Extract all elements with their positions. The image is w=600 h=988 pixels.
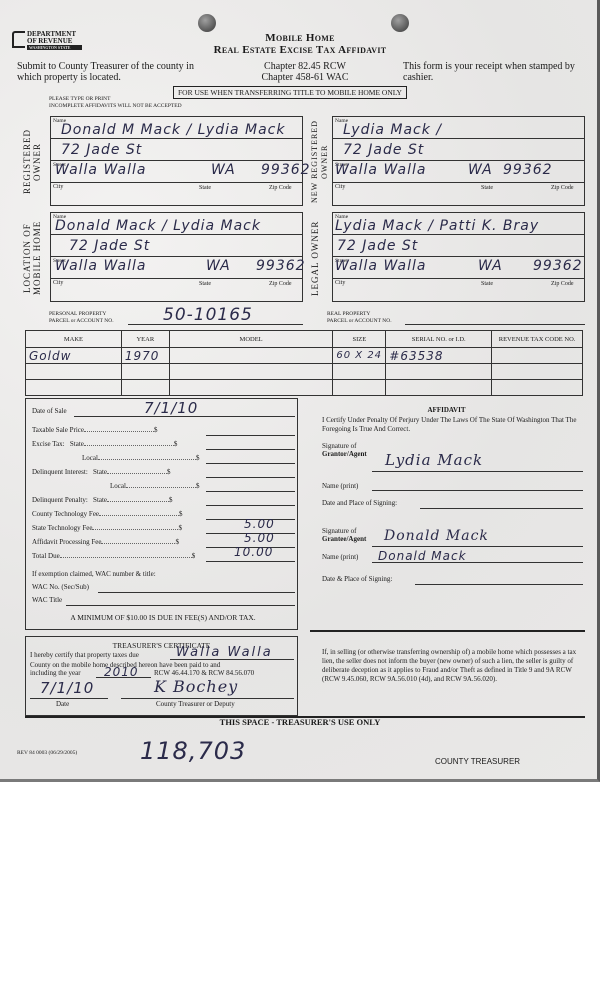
name-field[interactable]: NameDonald Mack / Lydia Mack bbox=[51, 213, 302, 235]
grantor-name-field[interactable] bbox=[372, 490, 583, 491]
total-due-value: 10.00 bbox=[234, 545, 273, 559]
street-city-field[interactable]: StreetWalla WallaWA99362 bbox=[51, 257, 302, 279]
affidavit-fee-value: 5.00 bbox=[244, 531, 275, 545]
grantor-name-label: Name (print) bbox=[322, 482, 358, 490]
affidavit-form-page: DEPARTMENT OF REVENUE WASHINGTON STATE M… bbox=[0, 0, 600, 782]
cell-make[interactable]: Goldw bbox=[26, 348, 122, 364]
cell-size[interactable] bbox=[333, 380, 386, 396]
chapter-refs: Chapter 82.45 RCW Chapter 458-61 WAC bbox=[250, 61, 360, 83]
instructions: PLEASE TYPE OR PRINT INCOMPLETE AFFIDAVI… bbox=[49, 96, 182, 110]
table-header-row: MAKE YEAR MODEL SIZE SERIAL NO. or I.D. … bbox=[26, 331, 583, 348]
total-due-field[interactable] bbox=[206, 561, 295, 562]
for-use-banner: FOR USE WHEN TRANSFERRING TITLE TO MOBIL… bbox=[173, 86, 407, 99]
punch-hole bbox=[391, 14, 409, 32]
col-size: SIZE bbox=[333, 331, 386, 348]
cell-year[interactable] bbox=[121, 380, 169, 396]
city-state-zip-labels: CityStateZip Code bbox=[333, 183, 584, 205]
divider bbox=[310, 630, 585, 632]
city-state-zip-labels: CityStateZip Code bbox=[51, 183, 302, 205]
location-box: NameDonald Mack / Lydia Mack 72 Jade St … bbox=[50, 212, 303, 302]
fee-row-excise-state: Excise Tax: State$ bbox=[32, 440, 294, 448]
cell-model[interactable] bbox=[169, 348, 333, 364]
grantor-signature-field[interactable] bbox=[372, 471, 583, 472]
grantee-name-label: Name (print) bbox=[322, 553, 358, 561]
treasurer-signature: K Bochey bbox=[154, 677, 238, 696]
new-registered-owner-box: NameLydia Mack / 72 Jade St StreetWalla … bbox=[332, 116, 585, 206]
grantor-date-field[interactable] bbox=[420, 508, 583, 509]
date-of-sale-value: 7/1/10 bbox=[144, 399, 198, 417]
table-row bbox=[26, 364, 583, 380]
grantee-name: Donald Mack bbox=[378, 549, 467, 563]
cell-year[interactable] bbox=[121, 364, 169, 380]
date-field[interactable] bbox=[30, 698, 108, 699]
real-parcel-field[interactable] bbox=[405, 324, 585, 325]
form-revision: REV 84 0003 (06/29/2005) bbox=[17, 750, 77, 756]
receipt-number: 118,703 bbox=[140, 737, 246, 765]
address-field[interactable]: 72 Jade St bbox=[333, 235, 584, 257]
grantee-signature-field[interactable] bbox=[372, 546, 583, 547]
grantee-date-field[interactable] bbox=[415, 584, 583, 585]
cell-model[interactable] bbox=[169, 380, 333, 396]
grantor-date-label: Date and Place of Signing: bbox=[322, 499, 397, 507]
col-year: YEAR bbox=[121, 331, 169, 348]
tax-lien-warning: If, in selling (or otherwise transferrin… bbox=[322, 648, 582, 684]
treasurer-signature-field[interactable] bbox=[121, 698, 294, 699]
state-tech-fee-value: 5.00 bbox=[244, 517, 275, 531]
excise-state-field[interactable] bbox=[206, 449, 295, 450]
grantee-signature: Donald Mack bbox=[384, 528, 489, 544]
col-make: MAKE bbox=[26, 331, 122, 348]
affidavit-title: AFFIDAVIT bbox=[310, 406, 583, 414]
address-field[interactable]: 72 Jade St bbox=[51, 235, 302, 257]
form-title-line2: Real Estate Excise Tax Affidavit bbox=[0, 44, 600, 56]
name-field[interactable]: NameLydia Mack / bbox=[333, 117, 584, 139]
affidavit-statement: I Certify Under Penalty Of Perjury Under… bbox=[322, 416, 582, 434]
grantee-signature-label: Signature of Grantee/Agent bbox=[322, 527, 366, 543]
personal-parcel-value: 50-10165 bbox=[163, 305, 253, 325]
cell-serial[interactable] bbox=[386, 380, 492, 396]
wac-no-label: WAC No. (Sec/Sub) bbox=[32, 583, 294, 591]
date-value: 7/1/10 bbox=[40, 679, 94, 697]
cell-serial[interactable]: #63538 bbox=[386, 348, 492, 364]
cell-year[interactable]: 1970 bbox=[121, 348, 169, 364]
county-value: Walla Walla bbox=[176, 645, 273, 660]
delinquent-interest-local-field[interactable] bbox=[206, 491, 295, 492]
cell-size[interactable]: 60 X 24 bbox=[333, 348, 386, 364]
col-revenue-code: REVENUE TAX CODE NO. bbox=[492, 331, 583, 348]
cell-revenue-code[interactable] bbox=[492, 380, 583, 396]
wac-title-label: WAC Title bbox=[32, 596, 294, 604]
punch-hole bbox=[198, 14, 216, 32]
fee-row-delinquent-interest-state: Delinquent Interest: State$ bbox=[32, 468, 294, 476]
section-label-new-registered-owner: NEW REGISTERED OWNER bbox=[310, 112, 334, 212]
delinquent-interest-state-field[interactable] bbox=[206, 477, 295, 478]
address-field[interactable]: 72 Jade St bbox=[51, 139, 302, 161]
cell-make[interactable] bbox=[26, 380, 122, 396]
section-label-location: LOCATION OF MOBILE HOME bbox=[22, 208, 46, 308]
treasurers-certificate: TREASURER'S CERTIFICATE I hereby certify… bbox=[25, 636, 298, 716]
cell-revenue-code[interactable] bbox=[492, 348, 583, 364]
minimum-note: A MINIMUM OF $10.00 IS DUE IN FEE(S) AND… bbox=[32, 613, 294, 622]
receipt-note: This form is your receipt when stamped b… bbox=[403, 61, 583, 83]
city-state-zip-labels: CityStateZip Code bbox=[333, 279, 584, 301]
registered-owner-box: NameDonald M Mack / Lydia Mack 72 Jade S… bbox=[50, 116, 303, 206]
delinquent-penalty-field[interactable] bbox=[206, 505, 295, 506]
col-serial: SERIAL NO. or I.D. bbox=[386, 331, 492, 348]
address-field[interactable]: 72 Jade St bbox=[333, 139, 584, 161]
legal-owner-box: NameLydia Mack / Patti K. Bray 72 Jade S… bbox=[332, 212, 585, 302]
wac-no-field[interactable] bbox=[98, 592, 295, 593]
treasurer-use-label: THIS SPACE - TREASURER'S USE ONLY bbox=[0, 717, 600, 727]
real-property-label: REAL PROPERTY PARCEL or ACCOUNT NO. bbox=[327, 311, 392, 325]
cell-model[interactable] bbox=[169, 364, 333, 380]
certificate-line1: I hereby certify that property taxes due bbox=[30, 651, 139, 659]
section-label-legal-owner: LEGAL OWNER bbox=[310, 208, 334, 308]
fees-section: Date of Sale 7/1/10 Taxable Sale Price$ … bbox=[25, 398, 298, 630]
grantee-date-label: Date & Place of Signing: bbox=[322, 575, 392, 583]
county-treasurer-stamp: COUNTY TREASURER bbox=[435, 757, 520, 766]
exemption-label: If exemption claimed, WAC number & title… bbox=[32, 570, 294, 578]
wac-title-field[interactable] bbox=[66, 605, 295, 606]
taxable-sale-price-field[interactable] bbox=[206, 435, 295, 436]
personal-property-label: PERSONAL PROPERTY PARCEL or ACCOUNT NO. bbox=[49, 311, 114, 325]
col-model: MODEL bbox=[169, 331, 333, 348]
cell-make[interactable] bbox=[26, 364, 122, 380]
name-field[interactable]: NameLydia Mack / Patti K. Bray bbox=[333, 213, 584, 235]
submit-note: Submit to County Treasurer of the county… bbox=[17, 61, 207, 83]
fee-row-delinquent-penalty: Delinquent Penalty: State$ bbox=[32, 496, 294, 504]
cell-revenue-code[interactable] bbox=[492, 364, 583, 380]
form-title-line1: Mobile Home bbox=[0, 32, 600, 44]
statute-ref: RCW 46.44.170 & RCW 84.56.070 bbox=[154, 669, 254, 677]
cell-size[interactable] bbox=[333, 364, 386, 380]
table-row bbox=[26, 380, 583, 396]
signer-label: County Treasurer or Deputy bbox=[156, 700, 235, 708]
grantor-signature: Lydia Mack bbox=[385, 451, 483, 469]
street-city-field[interactable]: StreetWalla WallaWA99362 bbox=[333, 257, 584, 279]
street-city-field[interactable]: StreetWalla WallaWA99362 bbox=[333, 161, 584, 183]
grantor-signature-label: Signature of Grantor/Agent bbox=[322, 442, 367, 458]
cell-serial[interactable] bbox=[386, 364, 492, 380]
certificate-line3: including the year bbox=[30, 669, 81, 677]
excise-local-field[interactable] bbox=[206, 463, 295, 464]
section-label-registered-owner: REGISTERED OWNER bbox=[22, 112, 46, 212]
date-label: Date bbox=[56, 700, 69, 708]
fee-row-taxable-sale-price: Taxable Sale Price$ bbox=[32, 426, 294, 434]
name-field[interactable]: NameDonald M Mack / Lydia Mack bbox=[51, 117, 302, 139]
fee-row-excise-local: Local$ bbox=[82, 454, 344, 462]
table-row: Goldw 1970 60 X 24 #63538 bbox=[26, 348, 583, 364]
city-state-zip-labels: CityStateZip Code bbox=[51, 279, 302, 301]
year-value: 2010 bbox=[104, 665, 139, 679]
mobile-home-details-table: MAKE YEAR MODEL SIZE SERIAL NO. or I.D. … bbox=[25, 330, 583, 396]
street-city-field[interactable]: StreetWalla WallaWA99362 bbox=[51, 161, 302, 183]
